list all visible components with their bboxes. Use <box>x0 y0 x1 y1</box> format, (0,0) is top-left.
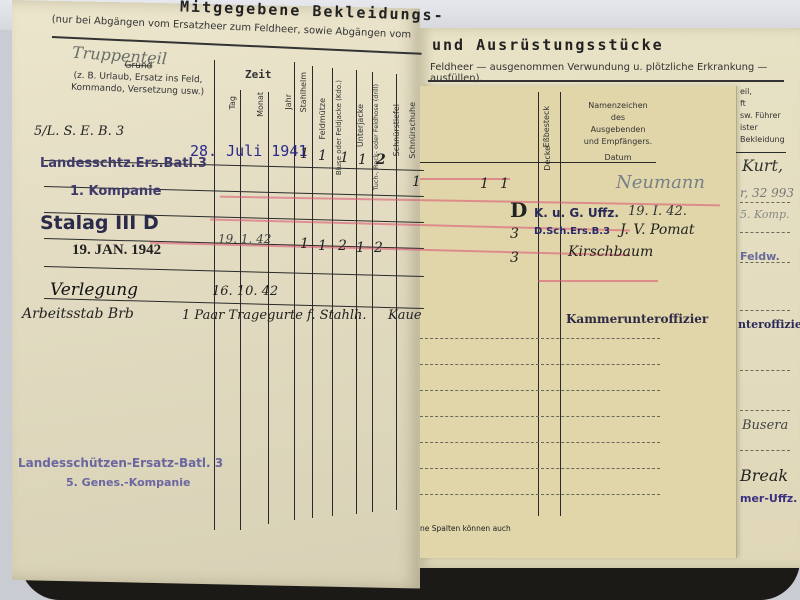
right-entry-unteroffizier: nteroffizier <box>738 318 800 331</box>
grid-line <box>294 62 295 520</box>
col-feldmuetze: Feldmütze <box>318 98 327 140</box>
insert-header-line-4: und Empfängers. <box>558 136 678 148</box>
right-entry-feldw: Feldw. <box>740 250 780 263</box>
value: 1 <box>500 176 509 192</box>
dotted-row <box>740 450 790 451</box>
dotted-row <box>740 202 790 203</box>
value: 1 <box>340 150 349 166</box>
insert-header-line-3: Ausgebenden <box>558 124 678 136</box>
grid-line <box>356 70 357 514</box>
insert-header-line-2: des <box>558 112 678 124</box>
insert-header-rule <box>420 162 656 163</box>
page-title-right: und Ausrüstungsstücke <box>432 36 664 54</box>
value: 3 <box>510 250 519 266</box>
col-schnuerschuhe: Schnürschuhe <box>408 102 417 159</box>
grid-line <box>312 66 313 518</box>
value: 1 <box>318 238 327 254</box>
footer-note: ne Spalten können auch <box>420 524 511 533</box>
value: 1 <box>358 152 367 168</box>
insert-header: Namenzeichen des Ausgebenden und Empfäng… <box>558 100 678 164</box>
grid-line <box>538 92 539 516</box>
unit-stamp-kompanie: 1. Kompanie <box>70 184 161 199</box>
right-header-2: ft <box>740 98 785 110</box>
dotted-row <box>420 338 660 339</box>
grund-header: Grund (z. B. Urlaub, Ersatz ins Feld, Ko… <box>57 57 218 99</box>
dotted-row <box>740 410 790 411</box>
stalag-stamp: Stalag III D <box>40 212 159 234</box>
right-header-3: sw. Führer <box>740 110 785 122</box>
unit-stamp-batl: Landesschtz.Ers.Batl.3 <box>40 156 207 171</box>
value: 1 <box>480 176 489 192</box>
grid-line <box>372 72 373 512</box>
dotted-row <box>420 468 660 469</box>
right-entry-2: r, 32 993 <box>740 186 794 200</box>
right-header-5: Bekleidung <box>740 134 785 146</box>
handwritten-mark: D <box>510 198 527 222</box>
dotted-row <box>420 442 660 443</box>
right-entry-3: 5. Komp. <box>740 208 790 221</box>
right-stamp-uffz: mer-Uffz. <box>740 492 797 505</box>
value: 3 <box>510 226 519 242</box>
value: 2 <box>374 240 383 256</box>
col-jahr: Jahr <box>284 94 293 110</box>
dotted-row <box>420 390 660 391</box>
grid-line <box>396 74 397 510</box>
right-header-1: eil, <box>740 86 785 98</box>
dotted-row <box>420 494 660 495</box>
right-entry-7: Break <box>740 466 788 485</box>
col-unterjacke: Unterjacke <box>356 104 365 147</box>
entry-sig-kaue: Kaue <box>388 308 422 323</box>
value: 2 <box>338 238 347 254</box>
bottom-unit-stamp-1: Landesschützen-Ersatz-Batl. 3 <box>18 456 223 470</box>
bottom-unit-stamp-2: 5. Genes.-Kompanie <box>66 476 190 489</box>
dotted-row <box>420 416 660 417</box>
insert-date: 19. I. 42. <box>628 204 687 219</box>
col-stahlhelm: Stahlhelm <box>299 72 308 112</box>
zeit-header: Zeit <box>245 68 272 81</box>
value: 1 <box>412 174 421 190</box>
right-header-4: ister <box>740 122 785 134</box>
date-day: 16. 10. 42 <box>212 284 278 299</box>
dotted-row <box>420 364 660 365</box>
kammer-stamp: Kammerunteroffizier <box>566 312 708 326</box>
insert-stamp-dsch: D.Sch.Ers.B.3 <box>534 226 610 237</box>
insert-stamp-kug-uffz: K. u. G. Uffz. <box>534 206 619 220</box>
col-monat: Monat <box>256 92 265 117</box>
dotted-row <box>740 370 790 371</box>
date-stamp-1941: 28. Juli 1941 <box>190 142 307 160</box>
col-tag: Tag <box>228 96 237 110</box>
dotted-row <box>740 310 790 311</box>
col-essbesteck: Eßbesteck <box>542 106 551 147</box>
stalag-date-stamp: 19. JAN. 1942 <box>72 242 161 259</box>
value: 1 <box>356 240 365 256</box>
entry-note-tragegurte: 1 Paar Tragegurte f. Stahlh. <box>182 308 367 323</box>
dotted-row <box>740 232 790 233</box>
header-rule-right <box>428 80 784 82</box>
entry-verlegung: Verlegung <box>50 280 138 300</box>
value: 1 <box>318 148 327 164</box>
red-strike <box>538 280 658 282</box>
value: 1 <box>300 236 309 252</box>
insert-sig-3: Kirschbaum <box>568 244 653 260</box>
value: 19. 1. 42 <box>218 232 271 246</box>
col-decke: Decke <box>543 146 552 171</box>
insert-sig-pomat: J. V. Pomat <box>620 222 695 238</box>
right-entry-6: Busera <box>742 418 788 433</box>
red-strike <box>420 178 510 180</box>
right-header-rule <box>736 152 786 153</box>
value: 2 <box>376 152 386 168</box>
right-page-header: eil, ft sw. Führer ister Bekleidung <box>740 86 785 146</box>
grid-line <box>332 68 333 516</box>
value: 1 <box>300 146 309 162</box>
insert-sig-neumann: Neumann <box>616 172 705 193</box>
insert-header-line-1: Namenzeichen <box>558 100 678 112</box>
right-entry-1: Kurt, <box>742 156 783 175</box>
entry-1-grund: 5/L. S. E. B. 3 <box>34 124 124 139</box>
col-hose: Tuch-, Rock- oder Feldhose (drill) <box>372 84 380 190</box>
entry-arbeitsstab: Arbeitsstab Brb <box>22 306 134 322</box>
